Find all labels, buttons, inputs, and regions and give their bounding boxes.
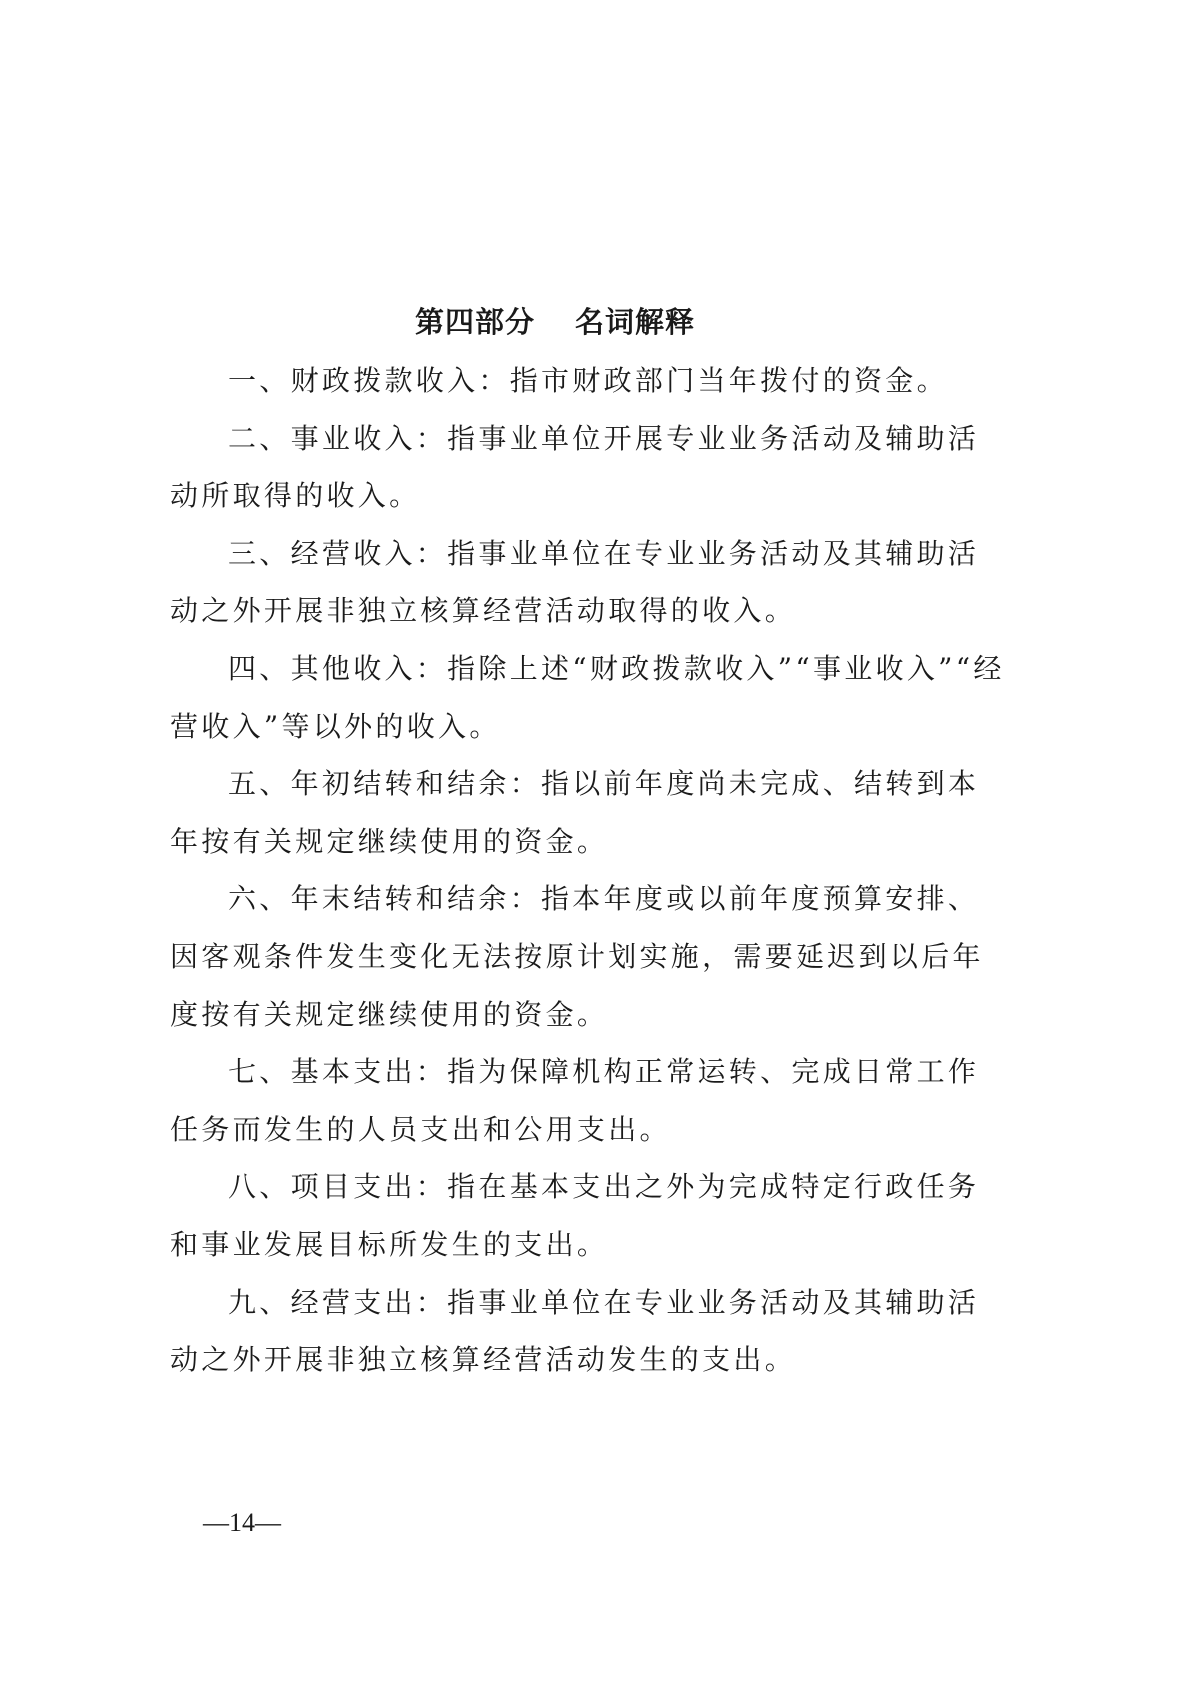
paragraph-line: 年按有关规定继续使用的资金。 <box>170 813 942 871</box>
document-body: 一、财政拨款收入：指市财政部门当年拨付的资金。 二、事业收入：指事业单位开展专业… <box>170 352 942 1389</box>
section-title-part: 第四部分 <box>415 305 535 339</box>
paragraph-line: 动之外开展非独立核算经营活动取得的收入。 <box>170 582 942 640</box>
paragraph-line: 四、其他收入：指除上述“财政拨款收入”“事业收入”“经 <box>170 640 942 698</box>
paragraph-line: 五、年初结转和结余：指以前年度尚未完成、结转到本 <box>170 755 942 813</box>
paragraph-line: 因客观条件发生变化无法按原计划实施，需要延迟到以后年 <box>170 928 942 986</box>
paragraph-line: 七、基本支出：指为保障机构正常运转、完成日常工作 <box>170 1043 942 1101</box>
paragraph-line: 动所取得的收入。 <box>170 467 942 525</box>
paragraph-line: 六、年末结转和结余：指本年度或以前年度预算安排、 <box>170 870 942 928</box>
paragraph-line: 二、事业收入：指事业单位开展专业业务活动及辅助活 <box>170 410 942 468</box>
paragraph-line: 和事业发展目标所发生的支出。 <box>170 1216 942 1274</box>
paragraph-line: 动之外开展非独立核算经营活动发生的支出。 <box>170 1331 942 1389</box>
section-title-name: 名词解释 <box>575 305 695 339</box>
section-title: 第四部分名词解释 <box>0 300 1110 341</box>
paragraph-line: 度按有关规定继续使用的资金。 <box>170 986 942 1044</box>
paragraph-line: 三、经营收入：指事业单位在专业业务活动及其辅助活 <box>170 525 942 583</box>
paragraph-line: 八、项目支出：指在基本支出之外为完成特定行政任务 <box>170 1158 942 1216</box>
paragraph-line: 任务而发生的人员支出和公用支出。 <box>170 1101 942 1159</box>
page-number: —14— <box>203 1508 281 1538</box>
paragraph-line: 九、经营支出：指事业单位在专业业务活动及其辅助活 <box>170 1274 942 1332</box>
paragraph-line: 营收入”等以外的收入。 <box>170 698 942 756</box>
paragraph-line: 一、财政拨款收入：指市财政部门当年拨付的资金。 <box>170 352 942 410</box>
